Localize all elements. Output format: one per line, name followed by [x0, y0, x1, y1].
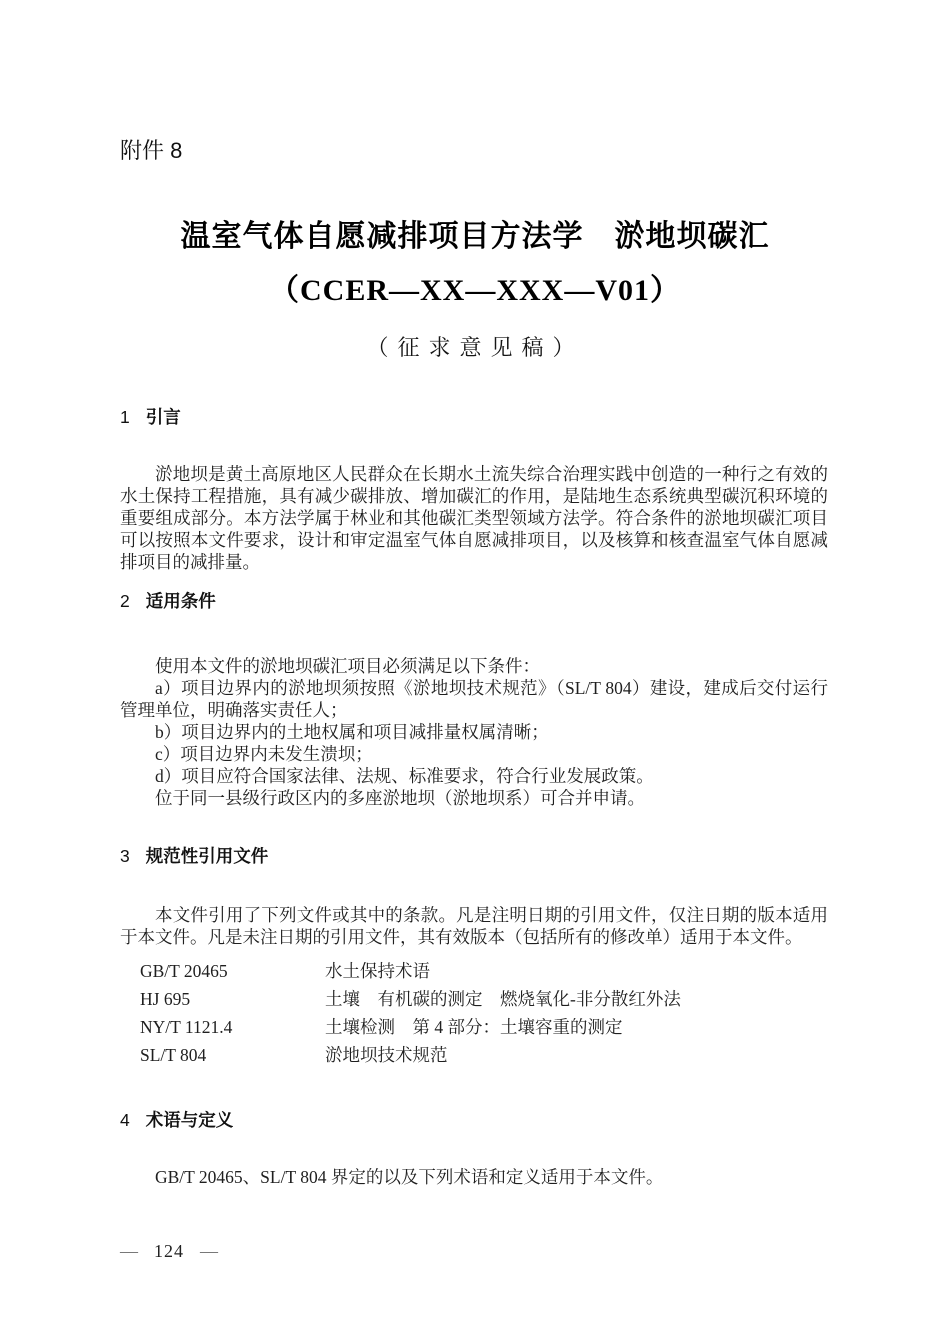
section-number: 4 — [120, 1109, 130, 1131]
reference-title: 水土保持术语 — [325, 960, 828, 982]
introduction-paragraph: 淤地坝是黄土高原地区人民群众在长期水土流失综合治理实践中创造的一种行之有效的水土… — [120, 463, 828, 573]
condition-item-a: a）项目边界内的淤地坝须按照《淤地坝技术规范》（SL/T 804）建设，建成后交… — [120, 677, 828, 721]
section-number: 3 — [120, 845, 130, 867]
reference-code: GB/T 20465 — [140, 960, 325, 982]
footer-dash-right: — — [200, 1240, 218, 1262]
footer-dash-left: — — [120, 1240, 138, 1262]
attachment-label: 附件 8 — [120, 136, 182, 166]
section-heading-text: 规范性引用文件 — [146, 846, 269, 866]
reference-title: 淤地坝技术规范 — [325, 1044, 828, 1066]
section-heading-applicability: 2适用条件 — [120, 590, 830, 612]
page-number: 124 — [154, 1240, 184, 1262]
section-heading-text: 术语与定义 — [146, 1110, 234, 1130]
reference-code: HJ 695 — [140, 988, 325, 1010]
document-title-line1: 温室气体自愿减排项目方法学 淤地坝碳汇 — [0, 210, 950, 264]
reference-row: NY/T 1121.4 土壤检测 第 4 部分：土壤容重的测定 — [120, 1016, 828, 1038]
draft-note: （征求意见稿） — [0, 332, 950, 364]
reference-row: GB/T 20465 水土保持术语 — [120, 960, 828, 982]
document-title: 温室气体自愿减排项目方法学 淤地坝碳汇 （CCER—XX—XXX—V01） — [0, 210, 950, 318]
applicability-conditions-list: 使用本文件的淤地坝碳汇项目必须满足以下条件： a）项目边界内的淤地坝须按照《淤地… — [120, 655, 828, 809]
reference-title: 土壤检测 第 4 部分：土壤容重的测定 — [325, 1016, 828, 1038]
document-title-line2: （CCER—XX—XXX—V01） — [0, 264, 950, 318]
condition-note: 位于同一县级行政区内的多座淤地坝（淤地坝系）可合并申请。 — [120, 787, 828, 809]
section-number: 2 — [120, 590, 130, 612]
section-heading-terms-definitions: 4术语与定义 — [120, 1109, 830, 1131]
condition-intro: 使用本文件的淤地坝碳汇项目必须满足以下条件： — [120, 655, 828, 677]
reference-code: NY/T 1121.4 — [140, 1016, 325, 1038]
reference-row: SL/T 804 淤地坝技术规范 — [120, 1044, 828, 1066]
normative-references-paragraph: 本文件引用了下列文件或其中的条款。凡是注明日期的引用文件，仅注日期的版本适用于本… — [120, 904, 828, 948]
normative-references-list: GB/T 20465 水土保持术语 HJ 695 土壤 有机碳的测定 燃烧氧化-… — [120, 960, 828, 1072]
reference-title: 土壤 有机碳的测定 燃烧氧化-非分散红外法 — [325, 988, 828, 1010]
reference-code: SL/T 804 — [140, 1044, 325, 1066]
condition-item-b: b）项目边界内的土地权属和项目减排量权属清晰； — [120, 721, 828, 743]
section-heading-text: 适用条件 — [146, 591, 216, 611]
reference-row: HJ 695 土壤 有机碳的测定 燃烧氧化-非分散红外法 — [120, 988, 828, 1010]
condition-item-c: c）项目边界内未发生溃坝； — [120, 743, 828, 765]
document-page: 附件 8 温室气体自愿减排项目方法学 淤地坝碳汇 （CCER—XX—XXX—V0… — [0, 0, 950, 1344]
terms-definitions-paragraph: GB/T 20465、SL/T 804 界定的以及下列术语和定义适用于本文件。 — [120, 1166, 828, 1188]
section-heading-introduction: 1引言 — [120, 406, 830, 428]
section-heading-text: 引言 — [146, 407, 181, 427]
page-footer: — 124 — — [120, 1240, 218, 1262]
section-number: 1 — [120, 406, 130, 428]
condition-item-d: d）项目应符合国家法律、法规、标准要求，符合行业发展政策。 — [120, 765, 828, 787]
section-heading-normative-references: 3规范性引用文件 — [120, 845, 830, 867]
